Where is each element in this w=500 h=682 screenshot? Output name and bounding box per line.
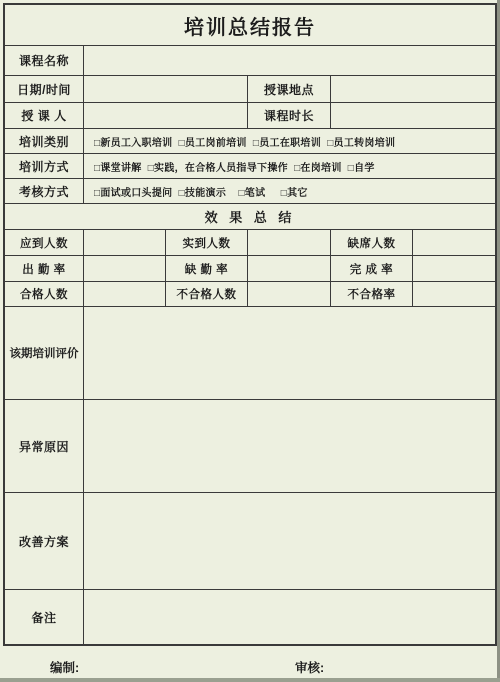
form-title: 培训总结报告: [5, 5, 495, 45]
location-value-cell[interactable]: [331, 76, 495, 102]
training-category-label: 培训类别: [5, 129, 84, 153]
absent-count-value-cell[interactable]: [413, 230, 495, 255]
completion-rate-value-cell[interactable]: [413, 256, 495, 281]
course-name-value-cell[interactable]: [84, 46, 495, 75]
duration-value-cell[interactable]: [331, 103, 495, 128]
remarks-value-cell[interactable]: [84, 590, 495, 644]
pass-count-value-cell[interactable]: [84, 282, 166, 306]
assessment-method-options[interactable]: □面试或口头提问 □技能演示 □笔试 □其它: [84, 179, 495, 203]
title-row: 培训总结报告: [5, 5, 495, 46]
remarks-row: 备注: [5, 590, 495, 644]
stats-row-attendance-counts: 应到人数 实到人数 缺席人数: [5, 230, 495, 256]
fail-count-value-cell[interactable]: [248, 282, 331, 306]
actual-count-value-cell[interactable]: [248, 230, 331, 255]
fail-rate-value-cell[interactable]: [413, 282, 495, 306]
completion-rate-label: 完 成 率: [331, 256, 413, 281]
assessment-method-row: 考核方式 □面试或口头提问 □技能演示 □笔试 □其它: [5, 179, 495, 204]
effect-summary-header-row: 效 果 总 结: [5, 204, 495, 230]
reviewed-by-label: 审核:: [295, 658, 324, 676]
assessment-method-label: 考核方式: [5, 179, 84, 203]
evaluation-row: 该期培训评价: [5, 307, 495, 400]
instructor-value-cell[interactable]: [84, 103, 248, 128]
actual-count-label: 实到人数: [166, 230, 248, 255]
form-page: 培训总结报告 课程名称 日期/时间 授课地点 授 课 人 课程时长 培训类别 □…: [0, 0, 500, 682]
pass-count-label: 合格人数: [5, 282, 84, 306]
date-location-row: 日期/时间 授课地点: [5, 76, 495, 103]
instructor-duration-row: 授 课 人 课程时长: [5, 103, 495, 129]
evaluation-label: 该期培训评价: [5, 307, 84, 399]
date-time-value-cell[interactable]: [84, 76, 248, 102]
improvement-plan-label: 改善方案: [5, 493, 84, 589]
training-method-options[interactable]: □课堂讲解 □实践，在合格人员指导下操作 □在岗培训 □自学: [84, 154, 495, 178]
remarks-label: 备注: [5, 590, 84, 644]
fail-rate-label: 不合格率: [331, 282, 413, 306]
training-method-label: 培训方式: [5, 154, 84, 178]
instructor-label: 授 课 人: [5, 103, 84, 128]
training-category-row: 培训类别 □新员工入职培训 □员工岗前培训 □员工在职培训 □员工转岗培训: [5, 129, 495, 154]
training-method-row: 培训方式 □课堂讲解 □实践，在合格人员指导下操作 □在岗培训 □自学: [5, 154, 495, 179]
evaluation-value-cell[interactable]: [84, 307, 495, 399]
location-label: 授课地点: [248, 76, 331, 102]
page-shadow-bottom: [0, 678, 500, 682]
fail-count-label: 不合格人数: [166, 282, 248, 306]
absent-count-label: 缺席人数: [331, 230, 413, 255]
course-name-label: 课程名称: [5, 46, 84, 75]
expected-count-value-cell[interactable]: [84, 230, 166, 255]
duration-label: 课程时长: [248, 103, 331, 128]
stats-row-rates: 出 勤 率 缺 勤 率 完 成 率: [5, 256, 495, 282]
abnormal-reason-value-cell[interactable]: [84, 400, 495, 492]
abnormal-reason-label: 异常原因: [5, 400, 84, 492]
absence-rate-label: 缺 勤 率: [166, 256, 248, 281]
improvement-plan-row: 改善方案: [5, 493, 495, 590]
training-report-table: 培训总结报告 课程名称 日期/时间 授课地点 授 课 人 课程时长 培训类别 □…: [3, 3, 497, 646]
date-time-label: 日期/时间: [5, 76, 84, 102]
expected-count-label: 应到人数: [5, 230, 84, 255]
course-name-row: 课程名称: [5, 46, 495, 76]
attendance-rate-label: 出 勤 率: [5, 256, 84, 281]
abnormal-reason-row: 异常原因: [5, 400, 495, 493]
effect-summary-header: 效 果 总 结: [5, 204, 495, 229]
prepared-by-label: 编制:: [50, 658, 79, 676]
improvement-plan-value-cell[interactable]: [84, 493, 495, 589]
absence-rate-value-cell[interactable]: [248, 256, 331, 281]
training-category-options[interactable]: □新员工入职培训 □员工岗前培训 □员工在职培训 □员工转岗培训: [84, 129, 495, 153]
signature-footer: 编制: 审核:: [0, 646, 500, 678]
attendance-rate-value-cell[interactable]: [84, 256, 166, 281]
stats-row-pass-counts: 合格人数 不合格人数 不合格率: [5, 282, 495, 307]
